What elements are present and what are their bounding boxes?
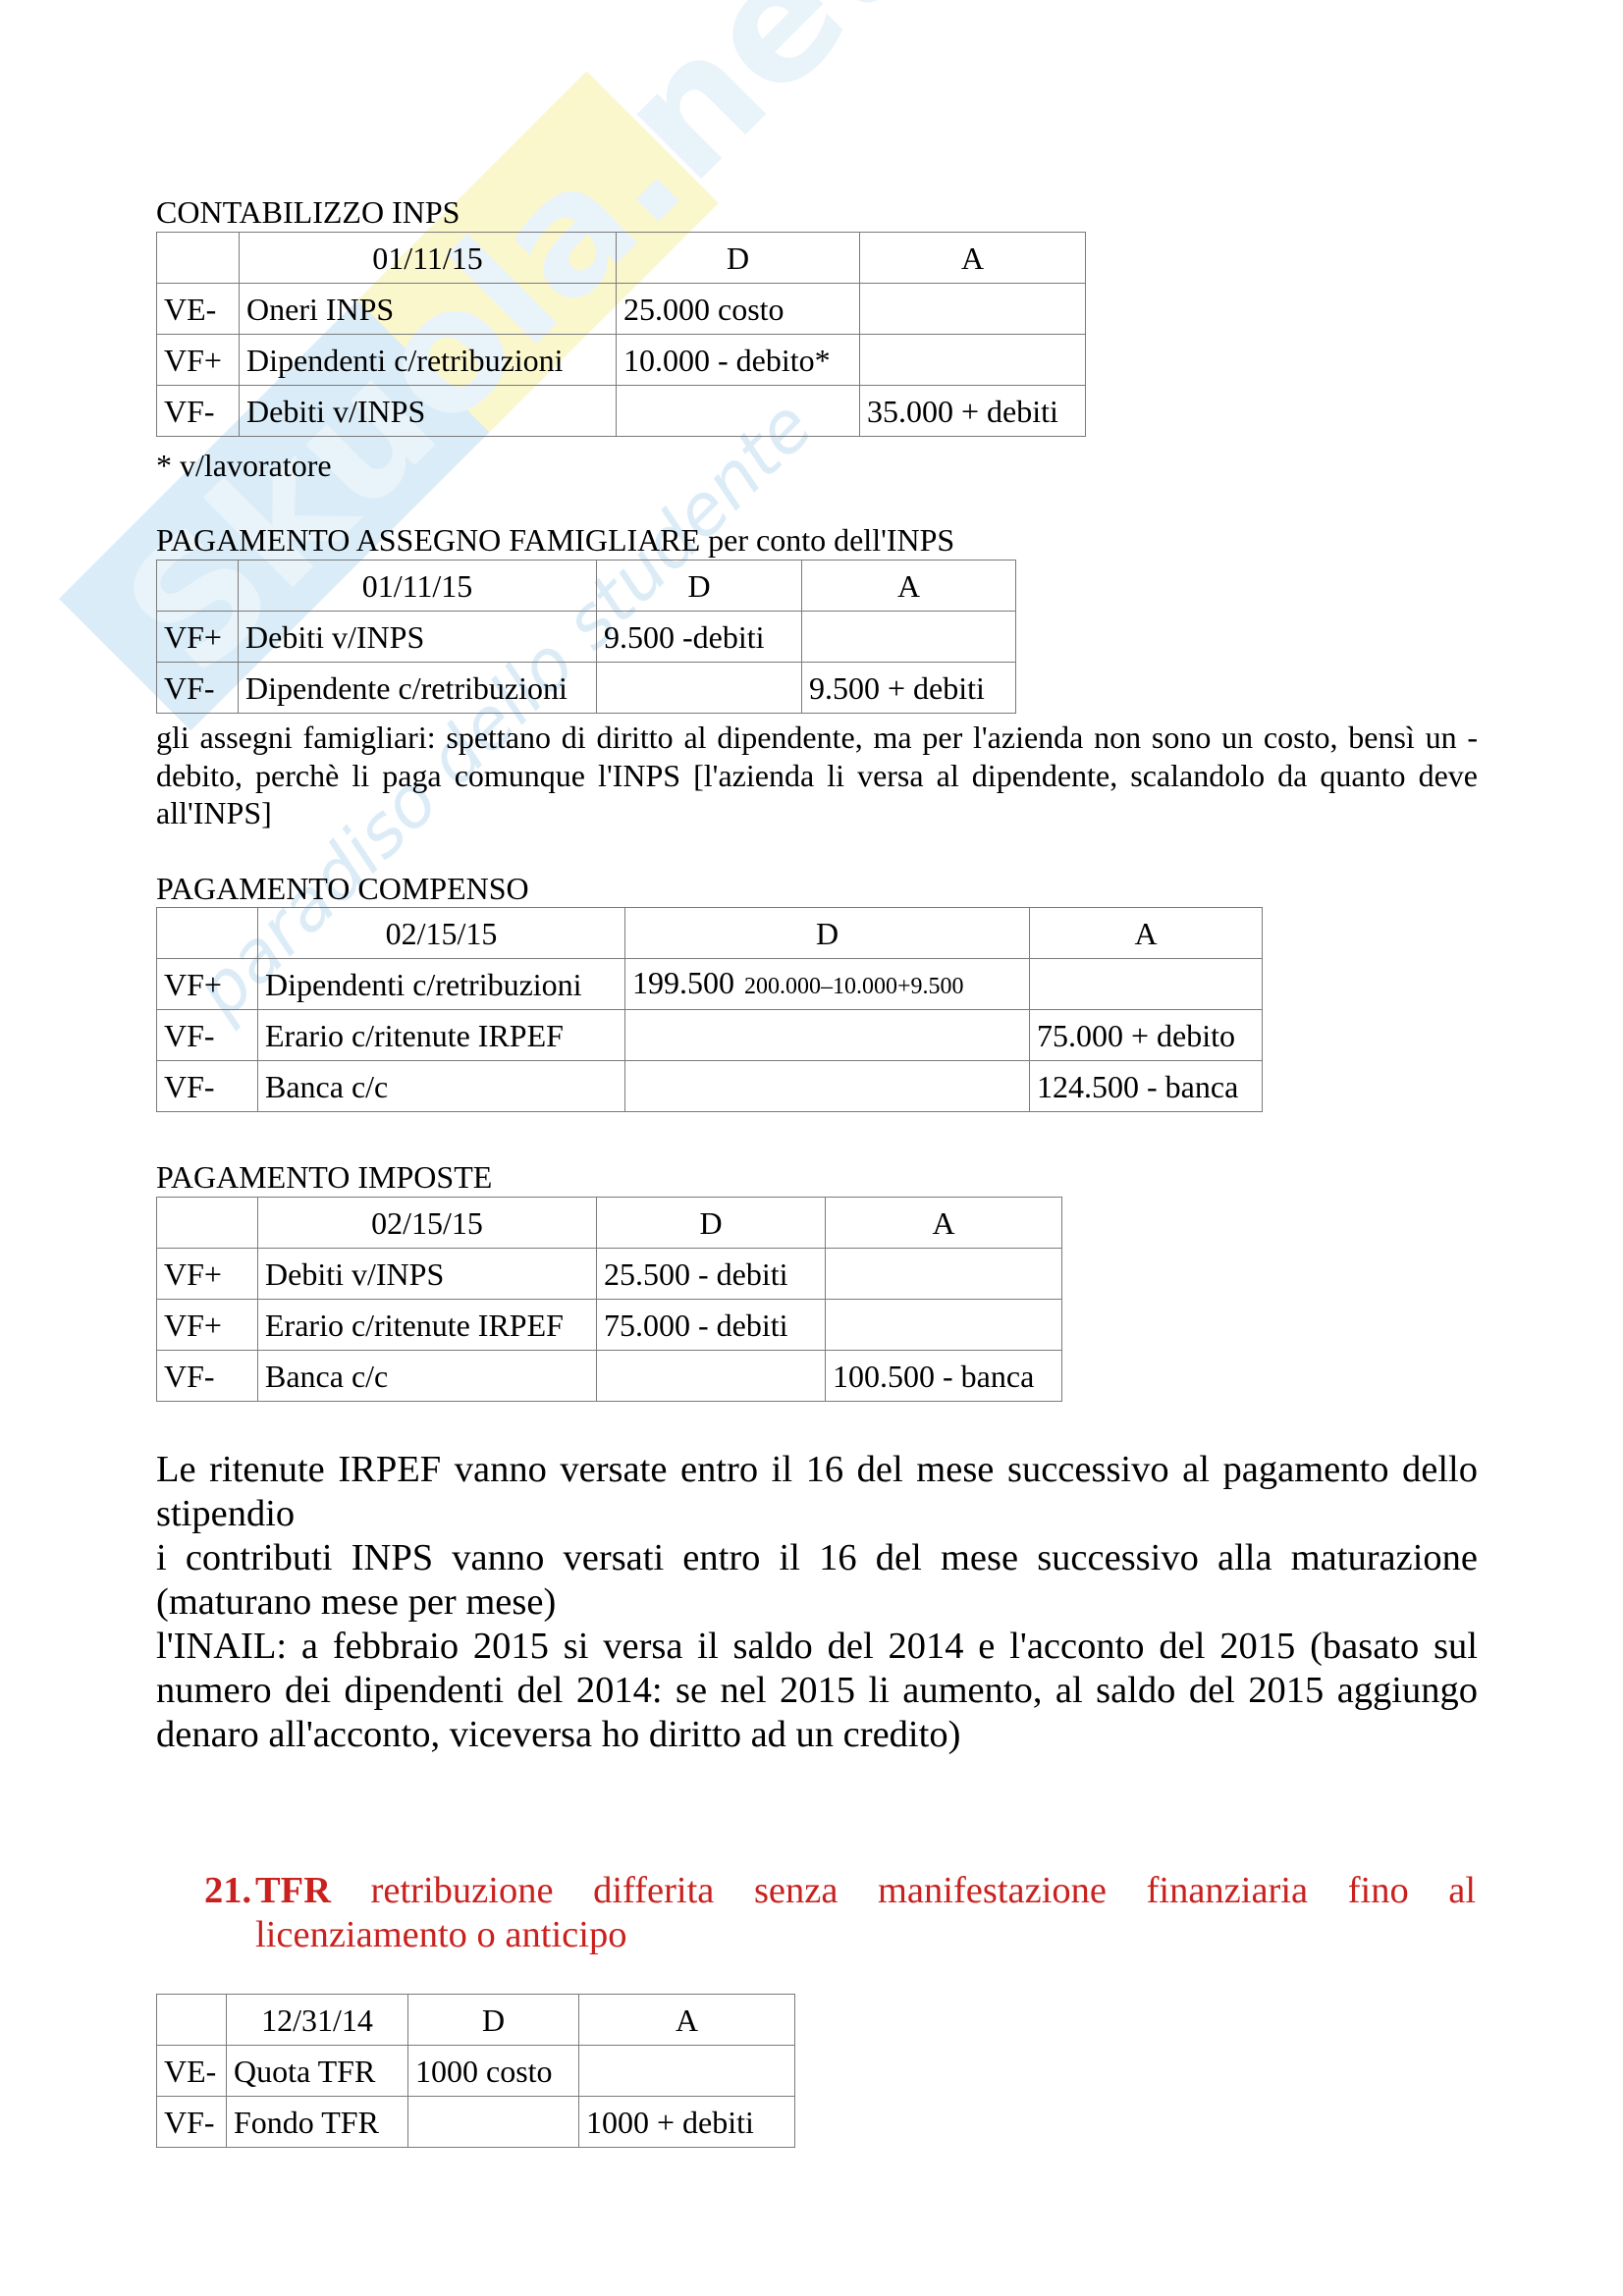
header-type-cell: [157, 908, 258, 959]
header-credit-cell: A: [826, 1198, 1062, 1249]
chapter-heading-word: senza: [754, 1870, 839, 1911]
credit-cell: [860, 284, 1086, 335]
debit-cell: 199.500200.000–10.000+9.500: [625, 959, 1030, 1010]
type-cell: VF+: [157, 335, 240, 386]
ledger-table-pagamento-compenso: 02/15/15DAVF+Dipendenti c/retribuzioni19…: [156, 907, 1263, 1112]
chapter-heading-word: al: [1448, 1870, 1476, 1911]
account-cell: Oneri INPS: [240, 284, 617, 335]
section-title-pagamento-compenso: PAGAMENTO COMPENSO: [156, 871, 529, 906]
account-cell: Dipendente c/retribuzioni: [239, 663, 597, 714]
ledger-table-pagamento-imposte: 02/15/15DAVF+Debiti v/INPS25.500 - debit…: [156, 1197, 1062, 1402]
chapter-number: 21.: [204, 1869, 251, 1913]
type-cell: VE-: [157, 2046, 227, 2097]
type-cell: VE-: [157, 284, 240, 335]
table-row: VF-Erario c/ritenute IRPEF75.000 + debit…: [157, 1010, 1263, 1061]
type-cell: VF-: [157, 1351, 258, 1402]
table-row: VF-Banca c/c100.500 - banca: [157, 1351, 1062, 1402]
account-cell: Quota TFR: [227, 2046, 408, 2097]
credit-cell: [1030, 959, 1263, 1010]
ledger-table-assegno-famigliare: 01/11/15DAVF+Debiti v/INPS9.500 -debitiV…: [156, 560, 1016, 714]
header-debit-cell: D: [625, 908, 1030, 959]
debit-cell: 9.500 -debiti: [597, 612, 802, 663]
chapter-heading-word: retribuzione: [371, 1870, 554, 1911]
table-row: VF+Erario c/ritenute IRPEF75.000 - debit…: [157, 1300, 1062, 1351]
chapter-heading-tfr: 21. TFR retribuzione differita senza man…: [204, 1869, 1478, 1957]
account-cell: Debiti v/INPS: [258, 1249, 597, 1300]
account-cell: Fondo TFR: [227, 2097, 408, 2148]
type-cell: VF+: [157, 959, 258, 1010]
type-cell: VF+: [157, 1249, 258, 1300]
header-debit-cell: D: [597, 561, 802, 612]
table-header-row: 02/15/15DA: [157, 908, 1263, 959]
chapter-heading-word: manifestazione: [878, 1870, 1107, 1911]
chapter-keyword: TFR: [255, 1870, 331, 1911]
account-cell: Erario c/ritenute IRPEF: [258, 1300, 597, 1351]
header-type-cell: [157, 561, 239, 612]
debit-cell: [617, 386, 860, 437]
explanation-line: stipendio: [156, 1492, 1478, 1536]
header-credit-cell: A: [579, 1995, 795, 2046]
type-cell: VF+: [157, 1300, 258, 1351]
table-row: VE-Oneri INPS25.000 costo: [157, 284, 1086, 335]
debit-cell: [408, 2097, 579, 2148]
table-row: VF+Dipendenti c/retribuzioni199.500200.0…: [157, 959, 1263, 1010]
header-debit-cell: D: [617, 233, 860, 284]
header-credit-cell: A: [802, 561, 1016, 612]
header-debit-cell: D: [408, 1995, 579, 2046]
table-row: VF+Debiti v/INPS25.500 - debiti: [157, 1249, 1062, 1300]
explanation-line: Le ritenute IRPEF vanno versate entro il…: [156, 1448, 1478, 1492]
debit-cell: 75.000 - debiti: [597, 1300, 826, 1351]
explanation-line: (maturano mese per mese): [156, 1580, 1478, 1625]
debit-cell: 25.500 - debiti: [597, 1249, 826, 1300]
debit-cell: [625, 1010, 1030, 1061]
credit-cell: 35.000 + debiti: [860, 386, 1086, 437]
table-row: VF-Fondo TFR1000 + debiti: [157, 2097, 795, 2148]
table-header-row: 01/11/15DA: [157, 561, 1016, 612]
chapter-heading-word: fino: [1348, 1870, 1409, 1911]
account-cell: Erario c/ritenute IRPEF: [258, 1010, 625, 1061]
calculation-note: 200.000–10.000+9.500: [744, 974, 964, 999]
header-credit-cell: A: [860, 233, 1086, 284]
table-header-row: 12/31/14DA: [157, 1995, 795, 2046]
credit-cell: 124.500 - banca: [1030, 1061, 1263, 1112]
chapter-heading-line1: TFR retribuzione differita senza manifes…: [255, 1869, 1476, 1913]
type-cell: VF-: [157, 1061, 258, 1112]
type-cell: VF-: [157, 1010, 258, 1061]
explanation-line: l'INAIL: a febbraio 2015 si versa il sal…: [156, 1625, 1478, 1669]
header-account-cell: 01/11/15: [240, 233, 617, 284]
credit-cell: 9.500 + debiti: [802, 663, 1016, 714]
debit-cell: [597, 1351, 826, 1402]
header-type-cell: [157, 1198, 258, 1249]
chapter-heading-word: differita: [593, 1870, 714, 1911]
type-cell: VF-: [157, 663, 239, 714]
debit-cell: 25.000 costo: [617, 284, 860, 335]
header-account-cell: 12/31/14: [227, 1995, 408, 2046]
chapter-heading-word: finanziaria: [1147, 1870, 1309, 1911]
type-cell: VF-: [157, 2097, 227, 2148]
explanation-line: denaro all'acconto, viceversa ho diritto…: [156, 1713, 1478, 1757]
explanation-line: i contributi INPS vanno versati entro il…: [156, 1536, 1478, 1580]
section-title-contabilizzo-inps: CONTABILIZZO INPS: [156, 194, 460, 230]
credit-cell: [802, 612, 1016, 663]
explanation-paragraph: Le ritenute IRPEF vanno versate entro il…: [156, 1448, 1478, 1757]
table-row: VF-Dipendente c/retribuzioni9.500 + debi…: [157, 663, 1016, 714]
table-row: VF+Dipendenti c/retribuzioni10.000 - deb…: [157, 335, 1086, 386]
header-account-cell: 02/15/15: [258, 908, 625, 959]
debit-cell: 1000 costo: [408, 2046, 579, 2097]
header-type-cell: [157, 1995, 227, 2046]
explanation-line: numero dei dipendenti del 2014: se nel 2…: [156, 1669, 1478, 1713]
footnote: * v/lavoratore: [156, 448, 332, 483]
credit-cell: 75.000 + debito: [1030, 1010, 1263, 1061]
credit-cell: 1000 + debiti: [579, 2097, 795, 2148]
table-row: VE-Quota TFR1000 costo: [157, 2046, 795, 2097]
account-cell: Banca c/c: [258, 1061, 625, 1112]
account-cell: Banca c/c: [258, 1351, 597, 1402]
header-debit-cell: D: [597, 1198, 826, 1249]
credit-cell: [579, 2046, 795, 2097]
credit-cell: [826, 1249, 1062, 1300]
header-type-cell: [157, 233, 240, 284]
header-account-cell: 01/11/15: [239, 561, 597, 612]
header-credit-cell: A: [1030, 908, 1263, 959]
ledger-table-tfr: 12/31/14DAVE-Quota TFR1000 costoVF-Fondo…: [156, 1994, 795, 2148]
type-cell: VF-: [157, 386, 240, 437]
table-row: VF-Banca c/c124.500 - banca: [157, 1061, 1263, 1112]
credit-cell: 100.500 - banca: [826, 1351, 1062, 1402]
debit-cell: [625, 1061, 1030, 1112]
ledger-table-contabilizzo-inps: 01/11/15DAVE-Oneri INPS25.000 costoVF+Di…: [156, 232, 1086, 437]
table-header-row: 01/11/15DA: [157, 233, 1086, 284]
section-title-assegno-famigliare: PAGAMENTO ASSEGNO FAMIGLIARE per conto d…: [156, 522, 954, 558]
table-header-row: 02/15/15DA: [157, 1198, 1062, 1249]
account-cell: Debiti v/INPS: [240, 386, 617, 437]
account-cell: Dipendenti c/retribuzioni: [258, 959, 625, 1010]
debit-cell: [597, 663, 802, 714]
account-cell: Debiti v/INPS: [239, 612, 597, 663]
assegni-note: gli assegni famigliari: spettano di diri…: [156, 719, 1478, 832]
credit-cell: [860, 335, 1086, 386]
debit-cell: 10.000 - debito*: [617, 335, 860, 386]
table-row: VF-Debiti v/INPS35.000 + debiti: [157, 386, 1086, 437]
table-row: VF+Debiti v/INPS9.500 -debiti: [157, 612, 1016, 663]
section-title-pagamento-imposte: PAGAMENTO IMPOSTE: [156, 1159, 492, 1195]
type-cell: VF+: [157, 612, 239, 663]
credit-cell: [826, 1300, 1062, 1351]
header-account-cell: 02/15/15: [258, 1198, 597, 1249]
account-cell: Dipendenti c/retribuzioni: [240, 335, 617, 386]
chapter-heading-line2: licenziamento o anticipo: [255, 1913, 626, 1957]
